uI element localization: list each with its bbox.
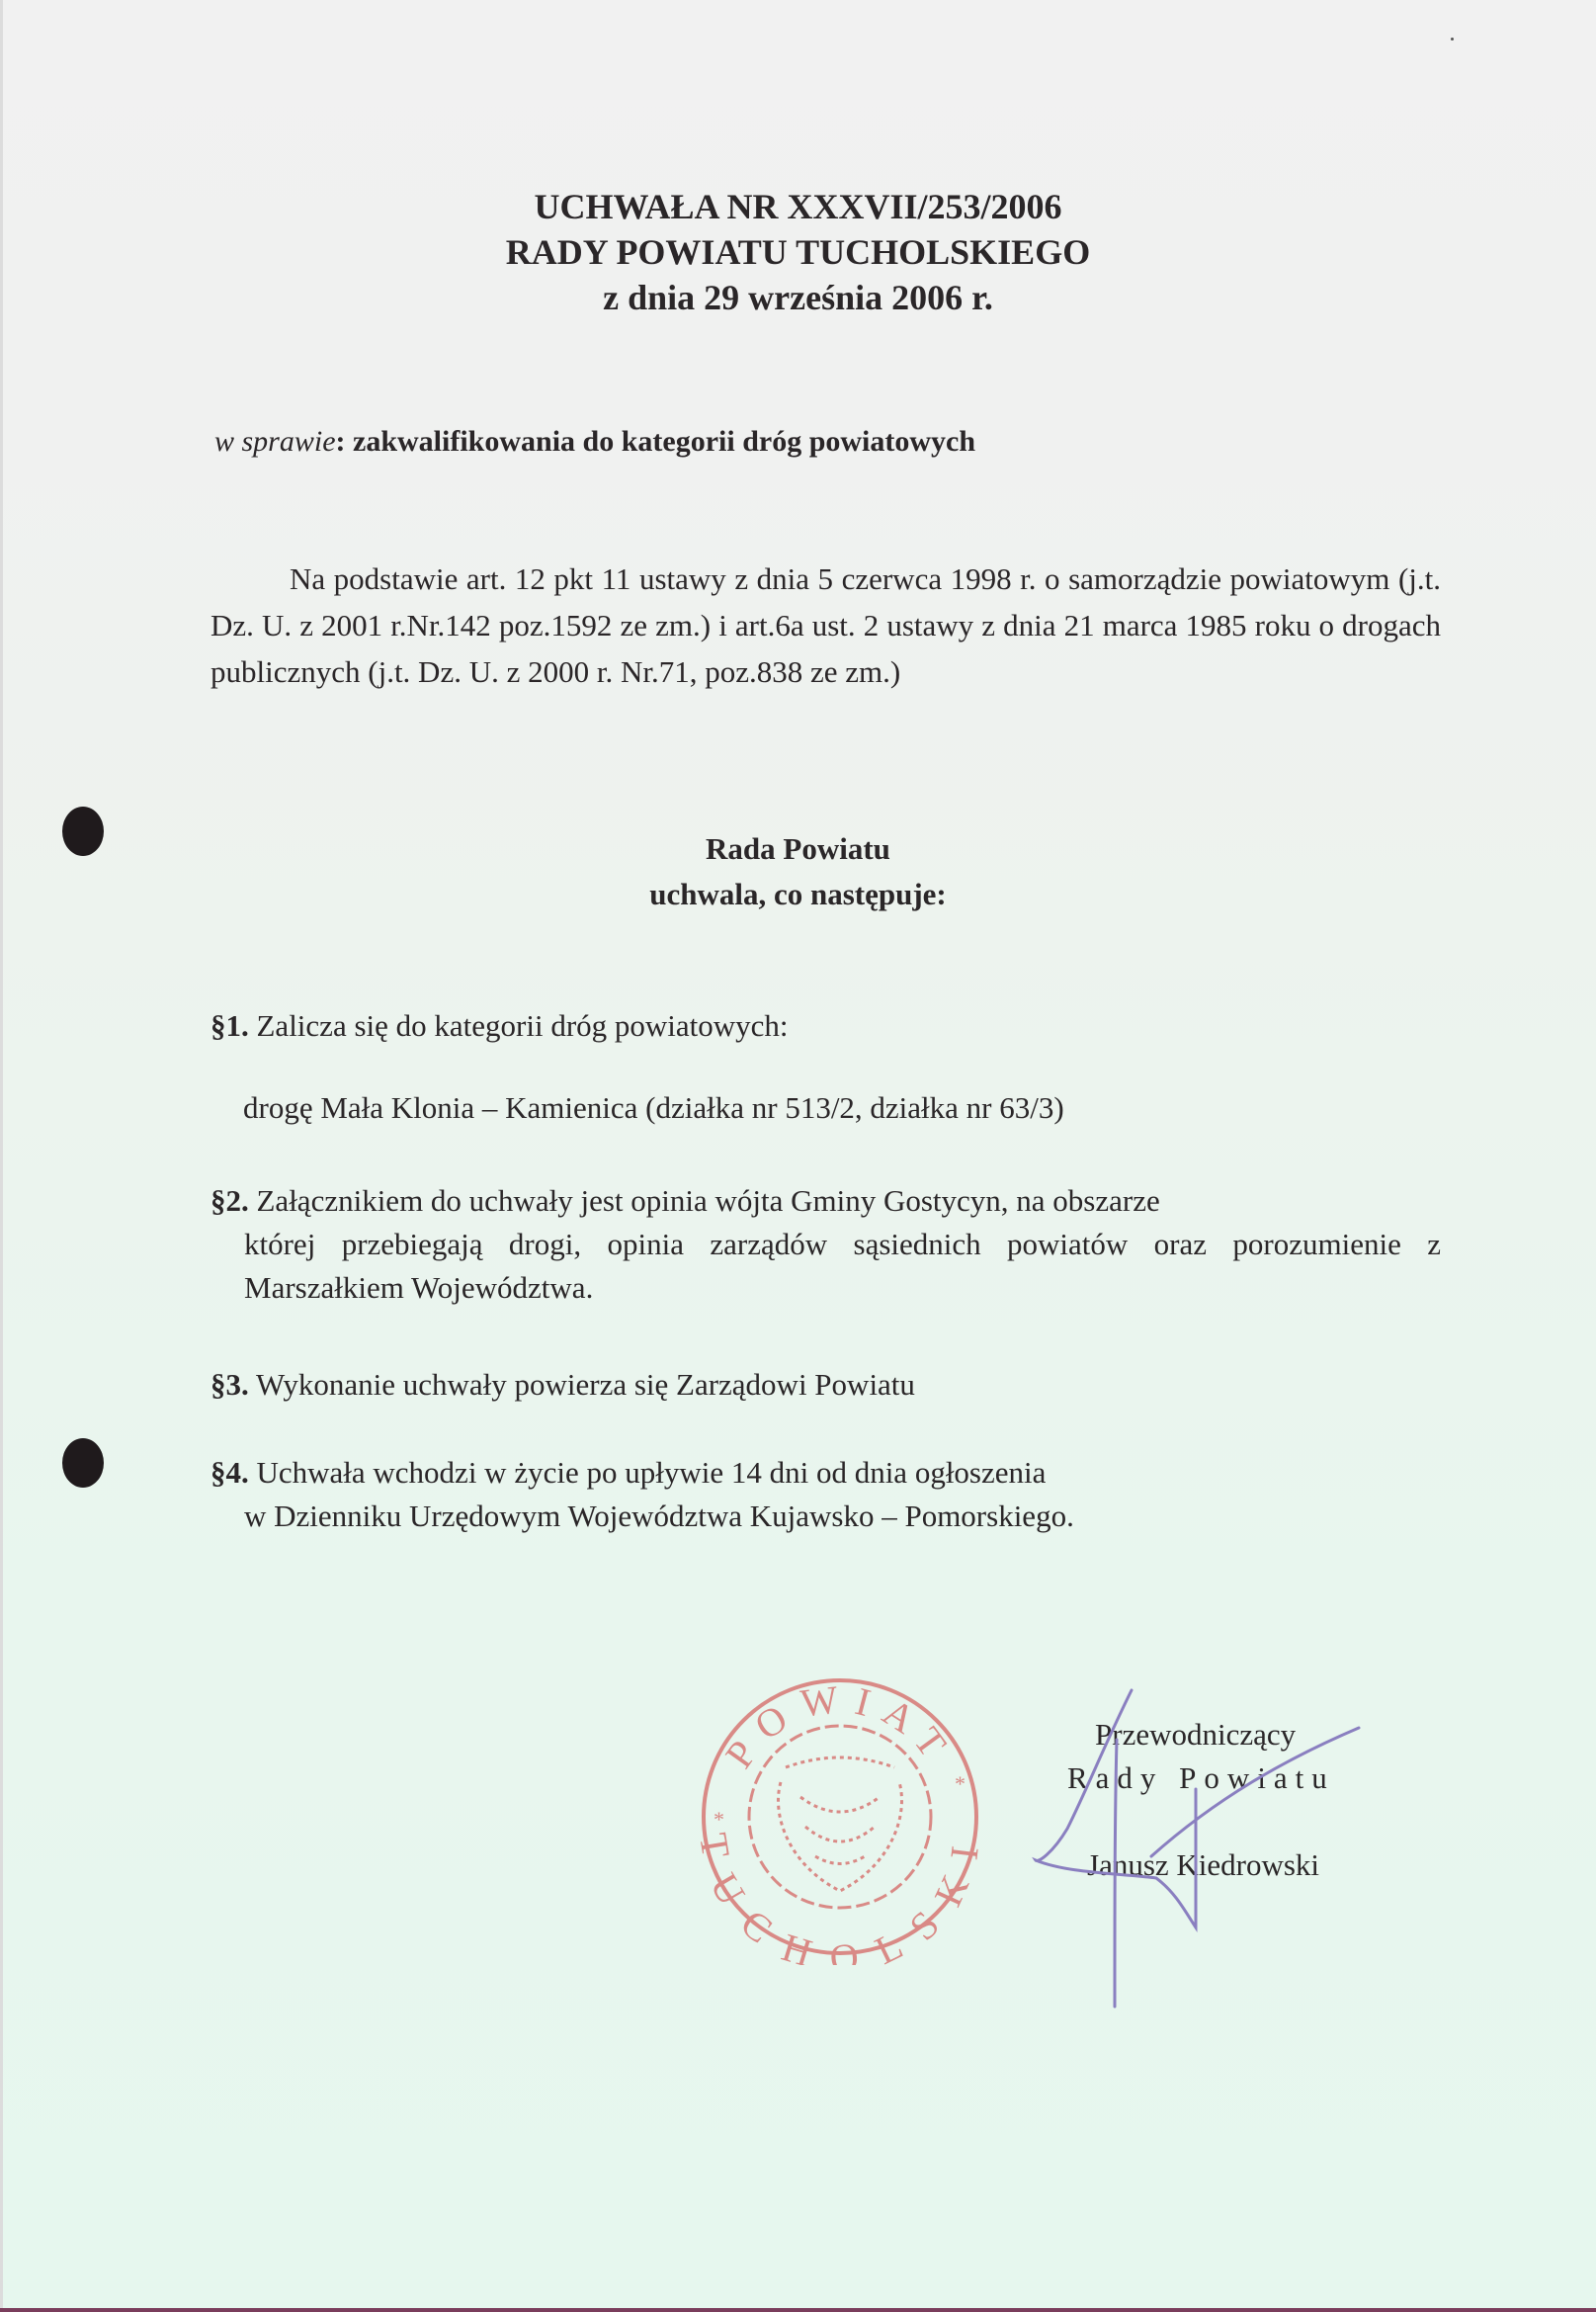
- council-heading: Rada Powiatu uchwala, co następuje:: [0, 826, 1596, 917]
- paragraph-3: §3. Wykonanie uchwały powierza się Zarzą…: [210, 1363, 1441, 1407]
- title-line: RADY POWIATU TUCHOLSKIEGO: [0, 229, 1596, 275]
- paragraph-1: §1. Zalicza się do kategorii dróg powiat…: [210, 1004, 1441, 1048]
- scan-speck: [1451, 38, 1454, 41]
- stamp-top-text: POWIAT: [716, 1675, 964, 1776]
- subject-line: w sprawie: zakwalifikowania do kategorii…: [214, 425, 975, 459]
- document-title: UCHWAŁA NR XXXVII/253/2006 RADY POWIATU …: [0, 184, 1596, 320]
- signatory-name: Janusz Kiedrowski: [1067, 1843, 1335, 1887]
- svg-text:*: *: [714, 1807, 724, 1832]
- signature-block: Przewodniczący Rady Powiatu Janusz Kiedr…: [1067, 1713, 1335, 1887]
- paragraph-text: Zalicza się do kategorii dróg powiatowyc…: [249, 1008, 789, 1043]
- official-stamp-icon: POWIAT TUCHOLSKI * *: [692, 1669, 988, 1965]
- legal-basis: Na podstawie art. 12 pkt 11 ustawy z dni…: [210, 556, 1441, 695]
- title-line: z dnia 29 września 2006 r.: [0, 275, 1596, 320]
- page-bottom-border: [0, 2308, 1596, 2312]
- paragraph-continuation: której przebiegają drogi, opinia zarządó…: [210, 1223, 1441, 1310]
- paragraph-number: §3.: [210, 1367, 249, 1402]
- title-line: UCHWAŁA NR XXXVII/253/2006: [0, 184, 1596, 229]
- paragraph-text: Uchwała wchodzi w życie po upływie 14 dn…: [249, 1455, 1047, 1490]
- page-edge: [0, 0, 3, 2312]
- punch-hole-icon: [62, 1438, 104, 1488]
- svg-text:*: *: [955, 1771, 966, 1796]
- road-item: drogę Mała Klonia – Kamienica (działka n…: [243, 1090, 1064, 1126]
- svg-text:TUCHOLSKI: TUCHOLSKI: [692, 1830, 988, 1965]
- svg-text:POWIAT: POWIAT: [716, 1675, 964, 1776]
- paragraph-number: §4.: [210, 1455, 249, 1490]
- paragraph-number: §1.: [210, 1008, 249, 1043]
- paragraph-2: §2. Załącznikiem do uchwały jest opinia …: [210, 1179, 1441, 1310]
- subject-text: : zakwalifikowania do kategorii dróg pow…: [336, 425, 976, 458]
- paragraph-text: Wykonanie uchwały powierza się Zarządowi…: [249, 1367, 915, 1402]
- stamp-bottom-text: TUCHOLSKI: [692, 1830, 988, 1965]
- paragraph-continuation: w Dzienniku Urzędowym Województwa Kujaws…: [210, 1495, 1441, 1538]
- signatory-council: Rady Powiatu: [1067, 1756, 1335, 1800]
- subject-label: w sprawie: [214, 425, 336, 458]
- paragraph-number: §2.: [210, 1183, 249, 1218]
- council-line: Rada Powiatu: [0, 826, 1596, 872]
- paragraph-text: Załącznikiem do uchwały jest opinia wójt…: [249, 1183, 1160, 1218]
- council-line: uchwala, co następuje:: [0, 872, 1596, 917]
- paragraph-4: §4. Uchwała wchodzi w życie po upływie 1…: [210, 1451, 1441, 1538]
- signatory-title: Przewodniczący: [1067, 1713, 1335, 1756]
